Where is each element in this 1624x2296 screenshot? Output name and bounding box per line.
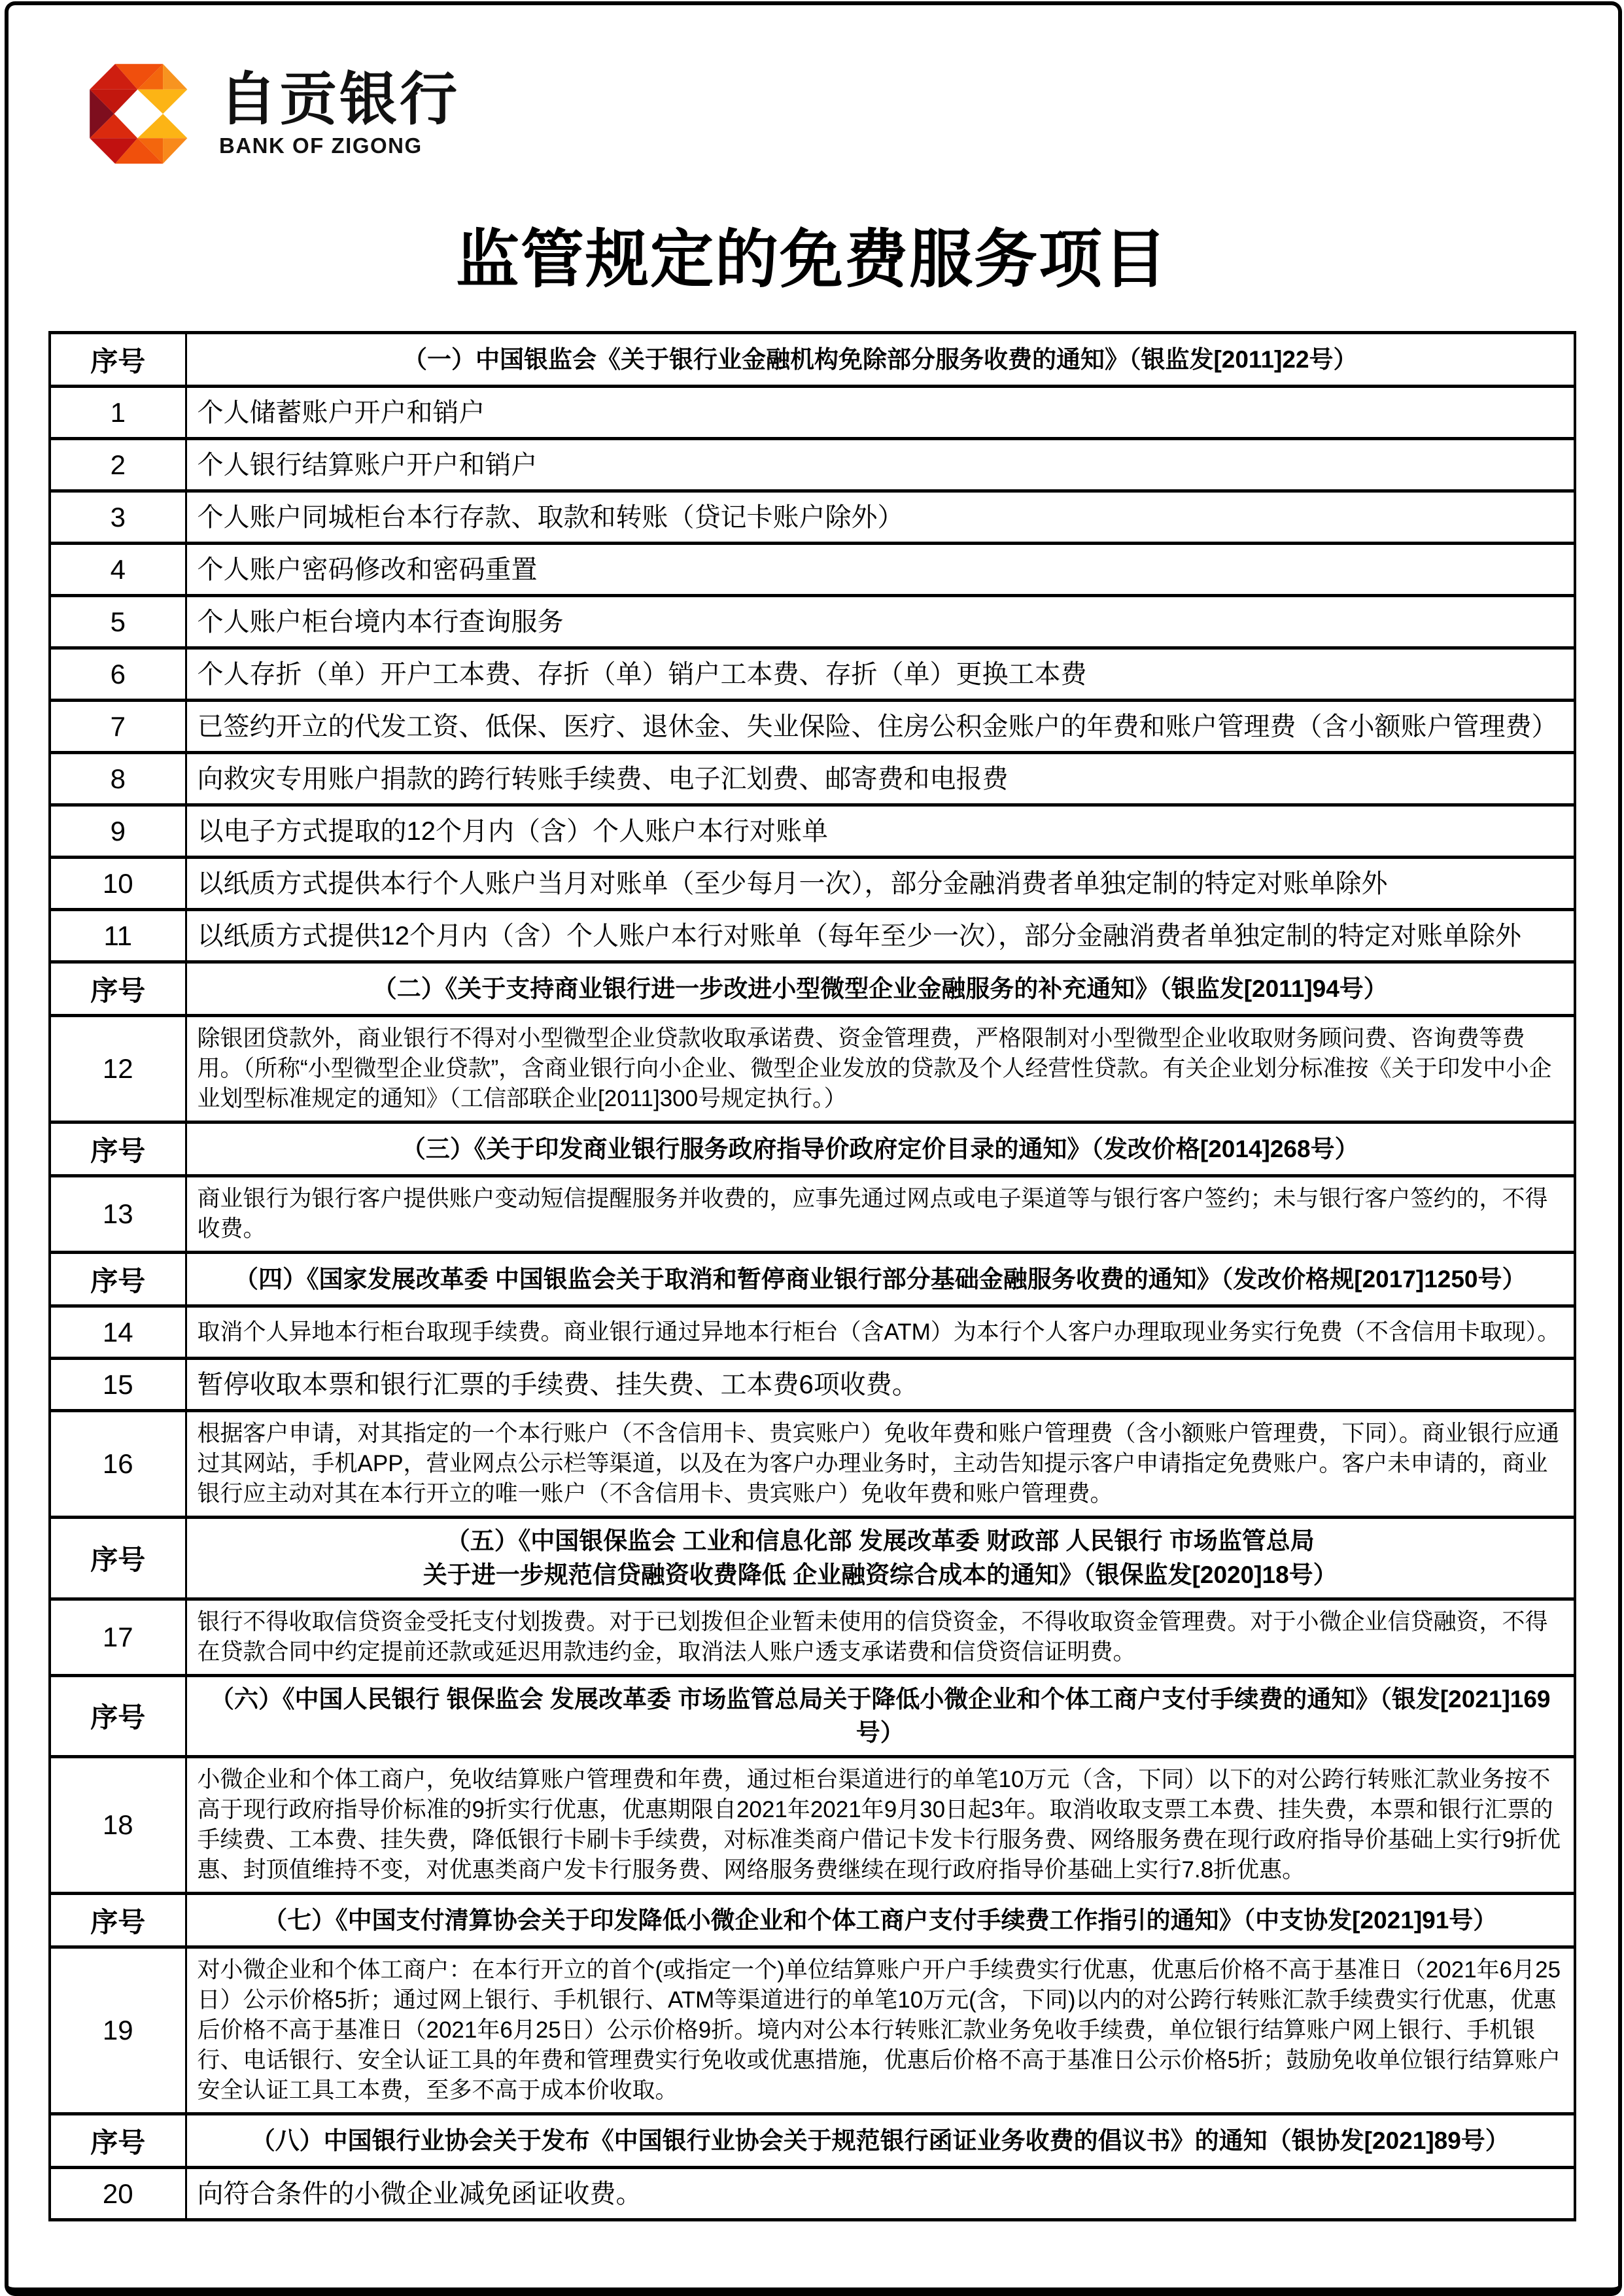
section-header-row: 序号（六）《中国人民银行 银保监会 发展改革委 市场监管总局关于降低小微企业和个… [50,1675,1575,1757]
row-text-cell: 已签约开立的代发工资、低保、医疗、退休金、失业保险、住房公积金账户的年费和账户管… [186,701,1575,753]
row-number-cell: 2 [50,439,186,491]
row-number-cell: 18 [50,1757,186,1894]
row-text-cell: （二）《关于支持商业银行进一步改进小型微型企业金融服务的补充通知》（银监发[20… [186,962,1575,1016]
row-number-cell: 序号 [50,333,186,387]
table-row: 13商业银行为银行客户提供账户变动短信提醒服务并收费的，应事先通过网点或电子渠道… [50,1176,1575,1253]
row-text-cell: 以纸质方式提供12个月内（含）个人账户本行对账单（每年至少一次），部分金融消费者… [186,910,1575,962]
row-number-cell: 4 [50,544,186,596]
row-number-cell: 8 [50,753,186,805]
free-services-table: 序号（一）中国银监会《关于银行业金融机构免除部分服务收费的通知》（银监发[201… [48,331,1576,2221]
bank-name-chinese: 自贡银行 [219,69,460,130]
row-number-cell: 5 [50,596,186,648]
row-text-cell: 银行不得收取信贷资金受托支付划拨费。对于已划拨但企业暂未使用的信贷资金，不得收取… [186,1599,1575,1675]
row-number-cell: 14 [50,1306,186,1359]
row-text-cell: 以电子方式提取的12个月内（含）个人账户本行对账单 [186,805,1575,858]
table-row: 4个人账户密码修改和密码重置 [50,544,1575,596]
regulatory-free-services-page: { "brand": { "name_cn": "自贡银行", "name_en… [0,0,1624,2296]
table-row: 2个人银行结算账户开户和销户 [50,439,1575,491]
table-row: 12除银团贷款外，商业银行不得对小型微型企业贷款收取承诺费、资金管理费，严格限制… [50,1016,1575,1122]
table-row: 16根据客户申请，对其指定的一个本行账户（不含信用卡、贵宾账户）免收年费和账户管… [50,1411,1575,1518]
table-row: 9以电子方式提取的12个月内（含）个人账户本行对账单 [50,805,1575,858]
row-text-cell: 个人银行结算账户开户和销户 [186,439,1575,491]
row-text-cell: 个人存折（单）开户工本费、存折（单）销户工本费、存折（单）更换工本费 [186,648,1575,701]
section-header-row: 序号（四）《国家发展改革委 中国银监会关于取消和暂停商业银行部分基础金融服务收费… [50,1253,1575,1306]
table-row: 6个人存折（单）开户工本费、存折（单）销户工本费、存折（单）更换工本费 [50,648,1575,701]
row-number-cell: 17 [50,1599,186,1675]
row-number-cell: 20 [50,2168,186,2220]
row-text-cell: 个人账户密码修改和密码重置 [186,544,1575,596]
row-number-cell: 6 [50,648,186,701]
row-text-cell: 个人账户柜台境内本行查询服务 [186,596,1575,648]
table-row: 19对小微企业和个体工商户：在本行开立的首个(或指定一个)单位结算账户开户手续费… [50,1947,1575,2114]
row-text-cell: 向符合条件的小微企业减免函证收费。 [186,2168,1575,2220]
row-text-cell: 向救灾专用账户捐款的跨行转账手续费、电子汇划费、邮寄费和电报费 [186,753,1575,805]
row-text-cell: 除银团贷款外，商业银行不得对小型微型企业贷款收取承诺费、资金管理费，严格限制对小… [186,1016,1575,1122]
bank-name-english: BANK OF ZIGONG [219,133,460,158]
row-text-cell: 根据客户申请，对其指定的一个本行账户（不含信用卡、贵宾账户）免收年费和账户管理费… [186,1411,1575,1518]
row-number-cell: 13 [50,1176,186,1253]
row-text-cell: （三）《关于印发商业银行服务政府指导价政府定价目录的通知》（发改价格[2014]… [186,1122,1575,1176]
row-number-cell: 序号 [50,1518,186,1599]
table-row: 8向救灾专用账户捐款的跨行转账手续费、电子汇划费、邮寄费和电报费 [50,753,1575,805]
table-row: 10以纸质方式提供本行个人账户当月对账单（至少每月一次），部分金融消费者单独定制… [50,858,1575,910]
section-header-row: 序号（一）中国银监会《关于银行业金融机构免除部分服务收费的通知》（银监发[201… [50,333,1575,387]
table-row: 7已签约开立的代发工资、低保、医疗、退休金、失业保险、住房公积金账户的年费和账户… [50,701,1575,753]
row-number-cell: 16 [50,1411,186,1518]
table-row: 18小微企业和个体工商户，免收结算账户管理费和年费，通过柜台渠道进行的单笔10万… [50,1757,1575,1894]
row-text-cell: 取消个人异地本行柜台取现手续费。商业银行通过异地本行柜台（含ATM）为本行个人客… [186,1306,1575,1359]
section-header-row: 序号（二）《关于支持商业银行进一步改进小型微型企业金融服务的补充通知》（银监发[… [50,962,1575,1016]
table-row: 17银行不得收取信贷资金受托支付划拨费。对于已划拨但企业暂未使用的信贷资金，不得… [50,1599,1575,1675]
table-row: 14取消个人异地本行柜台取现手续费。商业银行通过异地本行柜台（含ATM）为本行个… [50,1306,1575,1359]
section-header-row: 序号（八）中国银行业协会关于发布《中国银行业协会关于规范银行函证业务收费的倡议书… [50,2114,1575,2168]
row-text-cell: （六）《中国人民银行 银保监会 发展改革委 市场监管总局关于降低小微企业和个体工… [186,1675,1575,1757]
row-number-cell: 19 [50,1947,186,2114]
row-number-cell: 3 [50,491,186,544]
row-number-cell: 序号 [50,1675,186,1757]
row-number-cell: 序号 [50,2114,186,2168]
table-row: 11以纸质方式提供12个月内（含）个人账户本行对账单（每年至少一次），部分金融消… [50,910,1575,962]
free-services-table-body: 序号（一）中国银监会《关于银行业金融机构免除部分服务收费的通知》（银监发[201… [50,333,1575,2220]
row-number-cell: 9 [50,805,186,858]
table-row: 3个人账户同城柜台本行存款、取款和转账（贷记卡账户除外） [50,491,1575,544]
bank-logo-icon [87,59,198,169]
row-text-cell: 个人账户同城柜台本行存款、取款和转账（贷记卡账户除外） [186,491,1575,544]
row-text-cell: （一）中国银监会《关于银行业金融机构免除部分服务收费的通知》（银监发[2011]… [186,333,1575,387]
table-row: 20向符合条件的小微企业减免函证收费。 [50,2168,1575,2220]
row-number-cell: 序号 [50,1894,186,1947]
row-text-cell: 对小微企业和个体工商户：在本行开立的首个(或指定一个)单位结算账户开户手续费实行… [186,1947,1575,2114]
section-header-row: 序号（五）《中国银保监会 工业和信息化部 发展改革委 财政部 人民银行 市场监管… [50,1518,1575,1599]
row-text-cell: （五）《中国银保监会 工业和信息化部 发展改革委 财政部 人民银行 市场监管总局… [186,1518,1575,1599]
bank-brand: 自贡银行 BANK OF ZIGONG [87,59,460,169]
row-number-cell: 1 [50,387,186,439]
section-header-row: 序号（三）《关于印发商业银行服务政府指导价政府定价目录的通知》（发改价格[201… [50,1122,1575,1176]
page-title: 监管规定的免费服务项目 [0,208,1624,300]
row-text-cell: 暂停收取本票和银行汇票的手续费、挂失费、工本费6项收费。 [186,1359,1575,1411]
row-number-cell: 15 [50,1359,186,1411]
row-text-cell: （七）《中国支付清算协会关于印发降低小微企业和个体工商户支付手续费工作指引的通知… [186,1894,1575,1947]
row-number-cell: 序号 [50,1253,186,1306]
row-number-cell: 序号 [50,962,186,1016]
row-number-cell: 11 [50,910,186,962]
row-text-cell: 小微企业和个体工商户，免收结算账户管理费和年费，通过柜台渠道进行的单笔10万元（… [186,1757,1575,1894]
row-number-cell: 7 [50,701,186,753]
row-text-cell: 以纸质方式提供本行个人账户当月对账单（至少每月一次），部分金融消费者单独定制的特… [186,858,1575,910]
section-header-row: 序号（七）《中国支付清算协会关于印发降低小微企业和个体工商户支付手续费工作指引的… [50,1894,1575,1947]
row-text-cell: 商业银行为银行客户提供账户变动短信提醒服务并收费的，应事先通过网点或电子渠道等与… [186,1176,1575,1253]
row-text-cell: （八）中国银行业协会关于发布《中国银行业协会关于规范银行函证业务收费的倡议书》的… [186,2114,1575,2168]
table-row: 15暂停收取本票和银行汇票的手续费、挂失费、工本费6项收费。 [50,1359,1575,1411]
row-text-cell: 个人储蓄账户开户和销户 [186,387,1575,439]
bank-brand-text: 自贡银行 BANK OF ZIGONG [219,69,460,158]
row-number-cell: 10 [50,858,186,910]
row-text-cell: （四）《国家发展改革委 中国银监会关于取消和暂停商业银行部分基础金融服务收费的通… [186,1253,1575,1306]
row-number-cell: 12 [50,1016,186,1122]
table-row: 5个人账户柜台境内本行查询服务 [50,596,1575,648]
table-row: 1个人储蓄账户开户和销户 [50,387,1575,439]
row-number-cell: 序号 [50,1122,186,1176]
